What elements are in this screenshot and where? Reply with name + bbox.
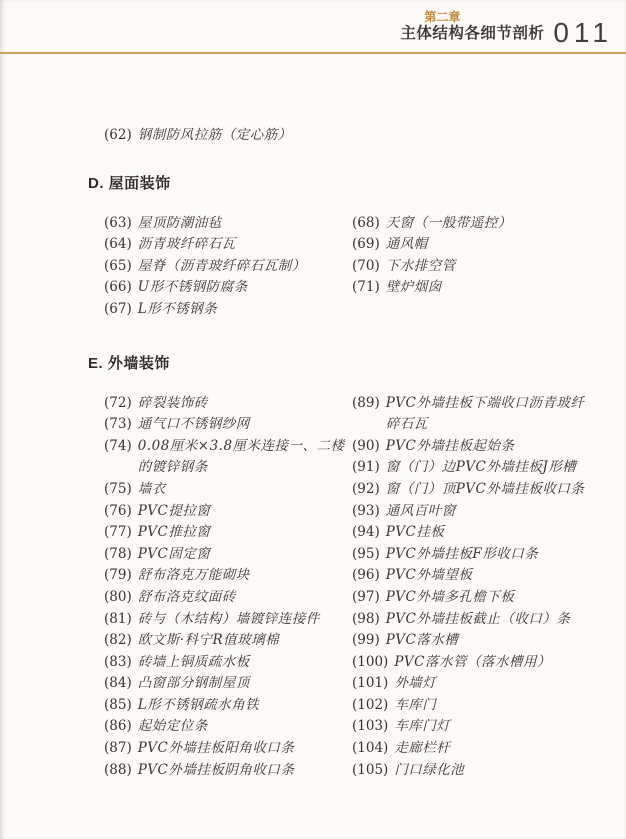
item-number: (104) (352, 738, 388, 760)
list-item: (100)PVC落水管（落水槽用） (352, 652, 612, 674)
page-content: (62) 钢制防风拉筋（定心筋） D. 屋面装饰(63)屋顶防潮油毡(64)沥青… (0, 54, 626, 781)
item-number: (69) (352, 234, 380, 256)
item-text: 壁炉烟囱 (386, 277, 442, 299)
item-text: 沥青玻纤碎石瓦 (138, 234, 236, 256)
list-item: (83)砖墙上铜质疏水板 (104, 652, 352, 674)
list-item: (70)下水排空管 (352, 256, 612, 278)
list-item: (67)L形不锈钢条 (104, 299, 352, 321)
list-item: (76)PVC提拉窗 (104, 501, 352, 523)
list-item: (96)PVC外墙望板 (352, 565, 612, 587)
list-item: (87)PVC外墙挂板阳角收口条 (104, 738, 352, 760)
list-item: (93)通风百叶窗 (352, 501, 612, 523)
item-number: (92) (352, 479, 380, 501)
item-number: (98) (352, 609, 380, 631)
book-page: 第二章 主体结构各细节剖析 011 (62) 钢制防风拉筋（定心筋） D. 屋面… (0, 0, 626, 839)
two-column-list: (63)屋顶防潮油毡(64)沥青玻纤碎石瓦(65)屋脊（沥青玻纤碎石瓦制）(66… (104, 213, 612, 321)
list-item: (99)PVC落水槽 (352, 630, 612, 652)
list-item: (102)车库门 (352, 695, 612, 717)
item-number: (83) (104, 652, 132, 674)
item-number: (95) (352, 544, 380, 566)
list-item: (82)欧文斯·科宁R值玻璃棉 (104, 630, 352, 652)
item-text: PVC外墙多孔檐下板 (386, 587, 515, 609)
item-text: 车库门 (394, 695, 436, 717)
item-text: 天窗（一般带遥控） (386, 213, 512, 235)
item-text: L形不锈钢疏水角铁 (138, 695, 259, 717)
item-text: U形不锈钢防腐条 (138, 277, 248, 299)
item-number: (79) (104, 565, 132, 587)
list-item: (90)PVC外墙挂板起始条 (352, 436, 612, 458)
item-text: 车库门灯 (394, 716, 450, 738)
item-text: PVC落水管（落水槽用） (394, 652, 551, 674)
list-item: (101)外墙灯 (352, 673, 612, 695)
item-text: 窗（门）顶PVC外墙挂板收口条 (386, 479, 585, 501)
item-text: 通气口不锈钢纱网 (138, 414, 250, 436)
list-item: (75)墙衣 (104, 479, 352, 501)
list-item: (104)走廊栏杆 (352, 738, 612, 760)
list-item: (64)沥青玻纤碎石瓦 (104, 234, 352, 256)
list-item: (62) 钢制防风拉筋（定心筋） (104, 125, 612, 147)
item-text: 起始定位条 (138, 716, 208, 738)
item-number: (101) (352, 673, 388, 695)
item-number: (76) (104, 501, 132, 523)
item-text: 砖墙上铜质疏水板 (138, 652, 250, 674)
item-number: (105) (352, 760, 388, 782)
item-number: (80) (104, 587, 132, 609)
list-item: (63)屋顶防潮油毡 (104, 213, 352, 235)
list-item: (77)PVC推拉窗 (104, 522, 352, 544)
item-number: (66) (104, 277, 132, 299)
right-column: (89)PVC外墙挂板下端收口沥青玻纤 碎石瓦(90)PVC外墙挂板起始条(91… (352, 393, 612, 782)
item-text: 欧文斯·科宁R值玻璃棉 (138, 630, 279, 652)
item-number: (62) (104, 125, 132, 147)
page-number: 011 (553, 19, 613, 47)
left-column: (63)屋顶防潮油毡(64)沥青玻纤碎石瓦(65)屋脊（沥青玻纤碎石瓦制）(66… (104, 213, 352, 321)
item-text: 钢制防风拉筋（定心筋） (138, 125, 292, 147)
list-item: (72)碎裂装饰砖 (104, 393, 352, 415)
item-number: (97) (352, 587, 380, 609)
list-item: (89)PVC外墙挂板下端收口沥青玻纤 碎石瓦 (352, 393, 612, 436)
list-item: (71)壁炉烟囱 (352, 277, 612, 299)
item-text: 屋脊（沥青玻纤碎石瓦制） (138, 256, 306, 278)
list-item: (65)屋脊（沥青玻纤碎石瓦制） (104, 256, 352, 278)
section-heading: D. 屋面装饰 (88, 174, 612, 194)
item-text: 外墙灯 (394, 673, 436, 695)
item-number: (96) (352, 565, 380, 587)
item-number: (77) (104, 522, 132, 544)
list-item: (81)砖与（木结构）墙镀锌连接件 (104, 609, 352, 631)
list-item: (86)起始定位条 (104, 716, 352, 738)
list-item: (68)天窗（一般带遥控） (352, 213, 612, 235)
item-text: 通风百叶窗 (386, 501, 456, 523)
section-heading: E. 外墙装饰 (88, 354, 612, 374)
item-number: (103) (352, 716, 388, 738)
list-item: (92)窗（门）顶PVC外墙挂板收口条 (352, 479, 612, 501)
list-item: (88)PVC外墙挂板阴角收口条 (104, 760, 352, 782)
item-text: PVC外墙挂板起始条 (386, 436, 515, 458)
header-block: 第二章 主体结构各细节剖析 011 (400, 10, 613, 44)
list-item: (74)0.08厘米×3.8厘米连接一、二楼 的镀锌钢条 (104, 436, 352, 479)
list-item: (103)车库门灯 (352, 716, 612, 738)
chapter-label: 第二章 (400, 10, 460, 24)
item-text: 凸窗部分钢制屋顶 (138, 673, 250, 695)
item-text: PVC外墙挂板阳角收口条 (138, 738, 295, 760)
list-item: (105)门口绿化池 (352, 760, 612, 782)
item-number: (67) (104, 299, 132, 321)
item-text: 屋顶防潮油毡 (138, 213, 222, 235)
item-text: 走廊栏杆 (394, 738, 450, 760)
item-text: 门口绿化池 (394, 760, 464, 782)
item-number: (102) (352, 695, 388, 717)
item-number: (63) (104, 213, 132, 235)
item-text: PVC落水槽 (386, 630, 459, 652)
list-item: (95)PVC外墙挂板F形收口条 (352, 544, 612, 566)
item-text: PVC外墙望板 (386, 565, 473, 587)
item-number: (78) (104, 544, 132, 566)
sections-container: D. 屋面装饰(63)屋顶防潮油毡(64)沥青玻纤碎石瓦(65)屋脊（沥青玻纤碎… (104, 174, 612, 782)
header-text: 第二章 主体结构各细节剖析 (400, 10, 544, 44)
item-number: (88) (104, 760, 132, 782)
list-item: (69)通风帽 (352, 234, 612, 256)
item-text: PVC挂板 (386, 522, 445, 544)
item-number: (86) (104, 716, 132, 738)
item-number: (72) (104, 393, 132, 415)
item-number: (81) (104, 609, 132, 631)
item-text: 0.08厘米×3.8厘米连接一、二楼 的镀锌钢条 (138, 436, 345, 479)
page-header: 第二章 主体结构各细节剖析 011 (0, 0, 626, 53)
item-text: 舒布洛克纹面砖 (138, 587, 236, 609)
item-text: PVC固定窗 (138, 544, 211, 566)
item-number: (73) (104, 414, 132, 436)
item-text: PVC外墙挂板下端收口沥青玻纤 碎石瓦 (386, 393, 585, 436)
item-text: PVC提拉窗 (138, 501, 211, 523)
list-item: (84)凸窗部分钢制屋顶 (104, 673, 352, 695)
item-text: 碎裂装饰砖 (138, 393, 208, 415)
item-number: (85) (104, 695, 132, 717)
item-number: (68) (352, 213, 380, 235)
item-number: (93) (352, 501, 380, 523)
list-item: (66)U形不锈钢防腐条 (104, 277, 352, 299)
item-number: (71) (352, 277, 380, 299)
list-item: (94)PVC挂板 (352, 522, 612, 544)
page-title: 主体结构各细节剖析 (400, 24, 544, 44)
item-text: 下水排空管 (386, 256, 456, 278)
item-number: (99) (352, 630, 380, 652)
list-item: (78)PVC固定窗 (104, 544, 352, 566)
item-number: (89) (352, 393, 380, 436)
item-text: PVC推拉窗 (138, 522, 211, 544)
item-text: 墙衣 (138, 479, 166, 501)
item-text: PVC外墙挂板阴角收口条 (138, 760, 295, 782)
item-text: 窗（门）边PVC外墙挂板J形槽 (386, 457, 577, 479)
item-number: (65) (104, 256, 132, 278)
item-number: (70) (352, 256, 380, 278)
item-number: (74) (104, 436, 132, 479)
list-item: (98)PVC外墙挂板截止（收口）条 (352, 609, 612, 631)
item-number: (84) (104, 673, 132, 695)
list-item: (80)舒布洛克纹面砖 (104, 587, 352, 609)
item-number: (94) (352, 522, 380, 544)
left-column: (72)碎裂装饰砖(73)通气口不锈钢纱网(74)0.08厘米×3.8厘米连接一… (104, 393, 352, 782)
list-item: (73)通气口不锈钢纱网 (104, 414, 352, 436)
item-text: 通风帽 (386, 234, 428, 256)
item-text: PVC外墙挂板截止（收口）条 (386, 609, 571, 631)
item-number: (87) (104, 738, 132, 760)
list-item: (85)L形不锈钢疏水角铁 (104, 695, 352, 717)
item-number: (82) (104, 630, 132, 652)
two-column-list: (72)碎裂装饰砖(73)通气口不锈钢纱网(74)0.08厘米×3.8厘米连接一… (104, 393, 612, 782)
item-text: 舒布洛克万能砌块 (138, 565, 250, 587)
right-column: (68)天窗（一般带遥控）(69)通风帽(70)下水排空管(71)壁炉烟囱 (352, 213, 612, 321)
item-number: (100) (352, 652, 388, 674)
list-item: (91)窗（门）边PVC外墙挂板J形槽 (352, 457, 612, 479)
item-number: (91) (352, 457, 380, 479)
item-number: (90) (352, 436, 380, 458)
item-number: (64) (104, 234, 132, 256)
list-item: (79)舒布洛克万能砌块 (104, 565, 352, 587)
item-text: PVC外墙挂板F形收口条 (386, 544, 539, 566)
item-text: 砖与（木结构）墙镀锌连接件 (138, 609, 320, 631)
item-text: L形不锈钢条 (138, 299, 217, 321)
list-item: (97)PVC外墙多孔檐下板 (352, 587, 612, 609)
item-number: (75) (104, 479, 132, 501)
